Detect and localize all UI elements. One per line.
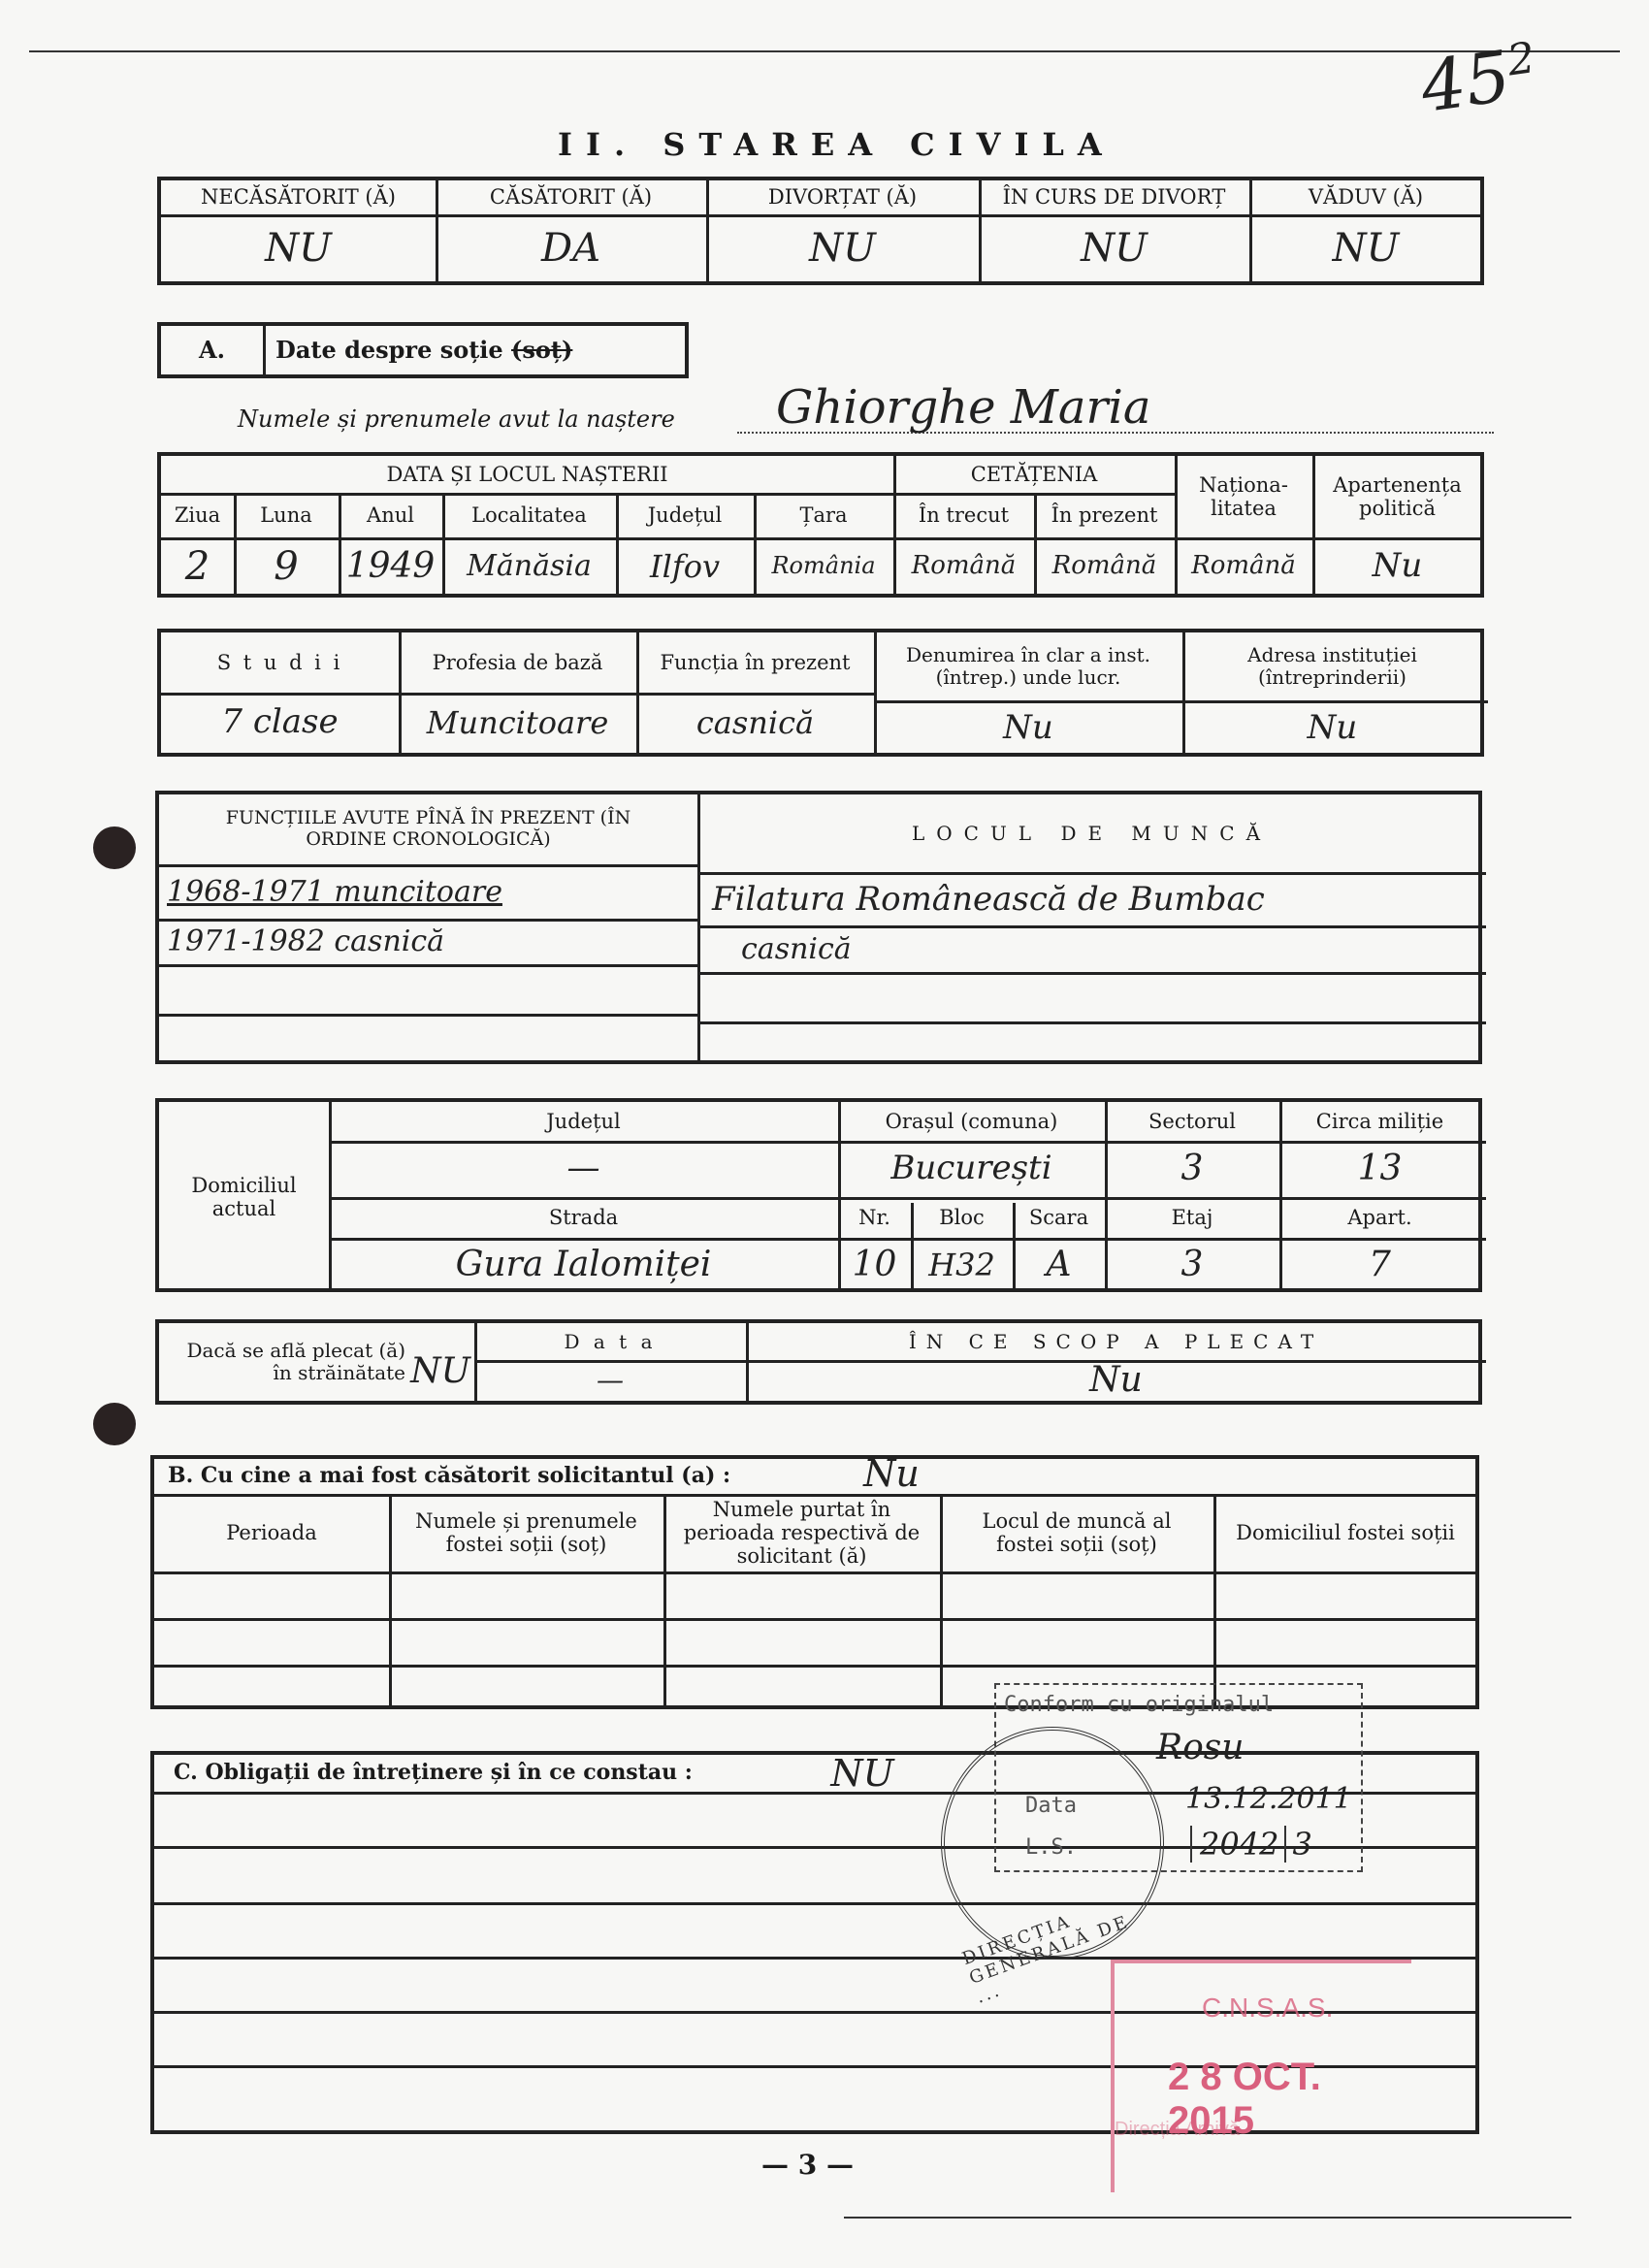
- value-denumire-inst: Nu: [874, 700, 1182, 757]
- value-address-etaj: 3: [1105, 1238, 1279, 1292]
- header-localitatea: Localitatea: [442, 493, 616, 537]
- value-studii: 7 clase: [161, 693, 399, 753]
- value-address-apart: 7: [1279, 1238, 1480, 1292]
- value-luna: 9: [234, 537, 339, 596]
- citizenship-label: CETĂȚENIA: [893, 456, 1175, 493]
- header-adresa-inst: Adresa instituției (întreprinderii): [1182, 632, 1482, 700]
- struck-text: (soț): [511, 337, 572, 364]
- section-c-value: NU: [814, 1753, 911, 1796]
- abroad-table: Dacă se află plecat (ă) în străinătate N…: [155, 1319, 1482, 1405]
- value-in-curs-de-divort: NU: [979, 214, 1249, 282]
- employment-period: 1971-1982 casnică: [167, 921, 691, 964]
- header-nume-fosta-sotie: Numele și prenumele fostei soții (soț): [389, 1494, 663, 1571]
- section-c-title: C. Obligații de întreținere și în ce con…: [174, 1755, 804, 1792]
- value-necasatorit: NU: [161, 214, 436, 282]
- header-studii: S t u d i i: [161, 632, 399, 693]
- header-nationality: Naționa-litatea: [1175, 456, 1312, 537]
- header-abroad-purpose: ÎN CE SCOP A PLECAT: [746, 1323, 1486, 1360]
- bottom-rule: [844, 2217, 1571, 2219]
- employment-history-table: FUNCȚIILE AVUTE PÎNĂ ÎN PREZENT (ÎN ORDI…: [155, 791, 1482, 1064]
- value-address-oras: București: [838, 1141, 1105, 1197]
- birth-name-label: Numele și prenumele avut la naștere: [238, 405, 675, 433]
- value-anul: 1949: [339, 537, 442, 596]
- header-address-strada: Strada: [329, 1197, 838, 1238]
- header-judetul: Județul: [616, 493, 754, 537]
- header-political: Apartenența politică: [1312, 456, 1482, 537]
- header-ziua: Ziua: [161, 493, 234, 537]
- value-political: Nu: [1312, 537, 1482, 596]
- value-address-sector: 3: [1105, 1141, 1279, 1197]
- value-abroad-date: —: [474, 1360, 746, 1401]
- stamp-reg-number: 20423: [1190, 1826, 1312, 1863]
- section-a-header: A. Date despre soție (soț): [157, 322, 689, 378]
- value-ziua: 2: [161, 537, 234, 596]
- value-vaduv: NU: [1249, 214, 1482, 282]
- value-address-bloc: H32: [911, 1238, 1013, 1292]
- abroad-label: Dacă se află plecat (ă) în străinătate: [169, 1323, 411, 1401]
- header-tara: Țara: [754, 493, 893, 537]
- cnsas-department: Direcția Arhivă: [1115, 2119, 1240, 2141]
- punch-hole: [93, 826, 136, 869]
- header-luna: Luna: [234, 493, 339, 537]
- value-nationality: Română: [1175, 537, 1312, 596]
- employment-header-functions: FUNCȚIILE AVUTE PÎNĂ ÎN PREZENT (ÎN ORDI…: [159, 794, 697, 864]
- value-profesia: Muncitoare: [399, 693, 636, 753]
- section-b-table: B. Cu cine a mai fost căsătorit solicita…: [150, 1455, 1479, 1709]
- value-judetul: Ilfov: [616, 537, 754, 596]
- header-denumire-inst: Denumirea în clar a inst. (întrep.) unde…: [874, 632, 1182, 700]
- header-citizenship-past: În trecut: [893, 493, 1034, 537]
- value-functia: casnică: [636, 693, 874, 753]
- header-functia: Funcția în prezent: [636, 632, 874, 693]
- header-vaduv: VĂDUV (Ă): [1249, 180, 1482, 214]
- cnsas-stamp: C.N.S.A.S. 2 8 OCT. 2015 Direcția Arhivă: [1111, 1960, 1411, 2192]
- value-address-judet: —: [329, 1141, 838, 1197]
- header-perioada: Perioada: [154, 1494, 389, 1571]
- header-casatorit: CĂSĂTORIT (Ă): [436, 180, 706, 214]
- education-table: S t u d i i Profesia de bază Funcția în …: [157, 629, 1484, 757]
- round-seal: DIRECȚIA GENERALĂ DE ...: [941, 1727, 1164, 1960]
- value-citizenship-present: Română: [1034, 537, 1175, 596]
- header-citizenship-present: În prezent: [1034, 493, 1175, 537]
- header-necasatorit: NECĂSĂTORIT (Ă): [161, 180, 436, 214]
- header-address-sector: Sectorul: [1105, 1102, 1279, 1141]
- employment-place: casnică: [741, 927, 1478, 972]
- value-casatorit: DA: [436, 214, 706, 282]
- header-domiciliu-fosta: Domiciliul fostei soții: [1213, 1494, 1477, 1571]
- address-table: Domiciliul actual Județul Orașul (comuna…: [155, 1098, 1482, 1292]
- folio-number: 452: [1416, 31, 1542, 128]
- header-address-bloc: Bloc: [911, 1197, 1013, 1238]
- value-localitatea: Mănăsia: [442, 537, 616, 596]
- cnsas-name: C.N.S.A.S.: [1202, 1993, 1333, 2024]
- section-a-letter: A.: [161, 326, 263, 374]
- top-rule: [29, 50, 1620, 52]
- marital-status-table: NECĂSĂTORIT (Ă) CĂSĂTORIT (Ă) DIVORȚAT (…: [157, 177, 1484, 285]
- value-address-nr: 10: [838, 1238, 911, 1292]
- address-row-label: Domiciliul actual: [159, 1102, 329, 1292]
- value-address-scara: A: [1013, 1238, 1105, 1292]
- section-a-title: Date despre soție (soț): [275, 326, 663, 374]
- header-address-oras: Orașul (comuna): [838, 1102, 1105, 1141]
- header-address-apart: Apart.: [1279, 1197, 1480, 1238]
- header-loc-munca-fosta: Locul de muncă al fostei soții (soț): [940, 1494, 1213, 1571]
- birth-name-value: Ghiorghe Maria: [776, 380, 1150, 435]
- header-anul: Anul: [339, 493, 442, 537]
- section-title: II. STAREA CIVILA: [558, 126, 1115, 163]
- header-in-curs-de-divort: ÎN CURS DE DIVORȚ: [979, 180, 1249, 214]
- header-profesia: Profesia de bază: [399, 632, 636, 693]
- value-tara: România: [754, 537, 893, 596]
- value-address-strada: Gura Ialomiței: [329, 1238, 838, 1292]
- header-address-etaj: Etaj: [1105, 1197, 1279, 1238]
- employment-header-workplace: LOCUL DE MUNCĂ: [697, 794, 1486, 872]
- value-address-circa: 13: [1279, 1141, 1480, 1197]
- section-b-value: Nu: [833, 1453, 950, 1496]
- birth-data-table: DATA ȘI LOCUL NAȘTERII Ziua Luna Anul Lo…: [157, 452, 1484, 598]
- header-address-judet: Județul: [329, 1102, 838, 1141]
- employment-period: 1968-1971 muncitoare: [167, 866, 691, 919]
- value-divortat: NU: [706, 214, 979, 282]
- header-nume-purtat: Numele purtat în perioada respectivă de …: [663, 1494, 940, 1571]
- birth-group-label: DATA ȘI LOCUL NAȘTERII: [161, 456, 893, 493]
- header-address-nr: Nr.: [838, 1197, 911, 1238]
- header-abroad-date: D a t a: [474, 1323, 746, 1360]
- header-address-circa: Circa miliție: [1279, 1102, 1480, 1141]
- value-adresa-inst: Nu: [1182, 700, 1482, 757]
- header-divortat: DIVORȚAT (Ă): [706, 180, 979, 214]
- punch-hole: [93, 1403, 136, 1445]
- header-address-scara: Scara: [1013, 1197, 1105, 1238]
- stamp-signature: Rosu: [1156, 1728, 1244, 1767]
- page-number: — 3 —: [761, 2149, 854, 2181]
- value-citizenship-past: Română: [893, 537, 1034, 596]
- employment-place: Filatura Românească de Bumbac: [712, 874, 1478, 925]
- conformity-stamp-text: Conform cu originalul: [1004, 1693, 1274, 1717]
- abroad-value: NU: [406, 1343, 474, 1401]
- stamp-handwritten-date: 13.12.2011: [1185, 1782, 1352, 1816]
- value-abroad-purpose: Nu: [746, 1360, 1486, 1401]
